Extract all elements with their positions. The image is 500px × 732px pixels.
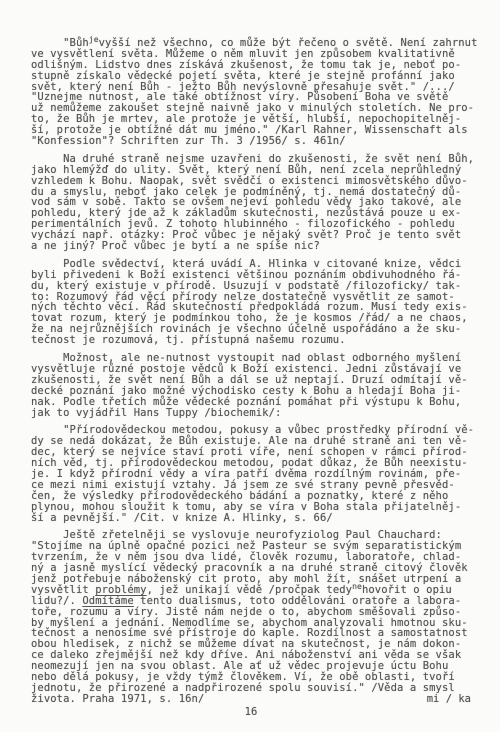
typed-insertion: ne <box>352 582 362 591</box>
text-line: plynou, mohou sloužit k tomu, aby se vír… <box>31 502 487 513</box>
paragraph: Na druhé straně nejsme uzavřeni do zkuše… <box>31 154 487 252</box>
text-line: a ne jiný? Proč vůbec je bytí a ne spíše… <box>31 241 487 252</box>
underlined-word: Odmítáme <box>82 595 133 607</box>
paragraph: "Bůhjevyšší než všechno, co může být řeč… <box>31 38 487 147</box>
text-line: "Konfession"? Schriften zur Th. 3 /1956/… <box>31 136 487 147</box>
text-line: ší a pevnější." /Cit. v knize A. Hlinky,… <box>31 513 487 524</box>
text-line: decké poznání jako možné východisko cest… <box>31 386 487 397</box>
text-line: vzhledem k Bohu. Naopak, svět svědčí o e… <box>31 176 487 187</box>
page-number: 16 <box>31 707 471 718</box>
typewritten-text-block: "Bůhjevyšší než všechno, co může být řeč… <box>31 38 487 712</box>
text-line: tečnost je rozumová, tj. přístupná našem… <box>31 335 487 346</box>
text-line: lidu?/. Odmítáme tento dualismus, toto o… <box>31 596 487 607</box>
paragraph: Ještě zřetelněji se vyslovuje neurofyzio… <box>31 530 487 704</box>
text-line: toře, rozumu a víry. Jistě nám nejde o t… <box>31 607 487 618</box>
text-line: du, který existuje v přírodě. Usuzují v … <box>31 281 487 292</box>
typed-insertion: je <box>89 35 99 44</box>
text-line: čen, že výsledky přírodovědeckého bádání… <box>31 491 487 502</box>
text-line: nak. Podle třetích může vědecké poznání … <box>31 397 487 408</box>
document-page: "Bůhjevyšší než všechno, co může být řeč… <box>0 0 500 732</box>
paragraph: Podle svědectví, která uvádí A. Hlinka v… <box>31 259 487 346</box>
paragraph: "Přírodovědeckou metodou, pokusy a vůbec… <box>31 425 487 523</box>
paragraph: Možnost, ale ne-nutnost vystoupit nad ob… <box>31 353 487 418</box>
typist-initials: mi / ka <box>31 694 471 705</box>
text-line: stupně získalo vědecké pojetí světa, kte… <box>31 71 487 82</box>
text-line: jak to vyjádřil Hans Tuppy /biochemik/: <box>31 408 487 419</box>
